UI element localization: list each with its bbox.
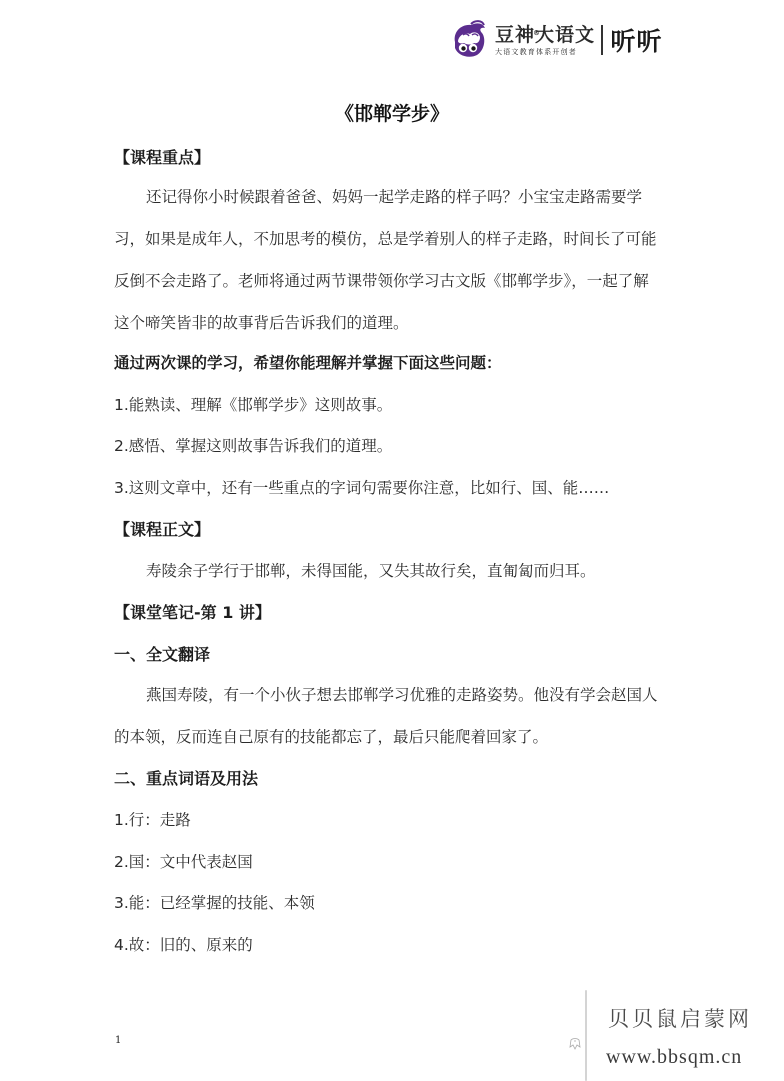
intro-line-3: 反倒不会走路了。老师将通过两节课带领你学习古文版《邯郸学步》，一起了解 bbox=[114, 269, 649, 291]
vocab-heading: 二、重点词语及用法 bbox=[114, 766, 258, 789]
intro-line-4: 这个啼笑皆非的故事背后告诉我们的道理。 bbox=[114, 311, 409, 333]
translation-line-1: 燕国寿陵，有一个小伙子想去邯郸学习优雅的走路姿势。他没有学会赵国人 bbox=[146, 683, 658, 705]
watermark-site-name: 贝贝鼠启蒙网 bbox=[608, 1003, 752, 1033]
brand-logo: 豆神大语文 ® 大语文教育体系开创者 听听 bbox=[449, 18, 663, 62]
intro-line-1: 还记得你小时候跟着爸爸、妈妈一起学走路的样子吗？小宝宝走路需要学 bbox=[146, 185, 642, 207]
vocab-item-1: 1.行：走路 bbox=[114, 808, 191, 830]
goal-item-3: 3.这则文章中，还有一些重点的字词句需要你注意，比如行、国、能…… bbox=[114, 476, 609, 498]
classical-text: 寿陵余子学行于邯郸，未得国能，又失其故行矣，直匍匐而归耳。 bbox=[146, 559, 596, 581]
goals-heading: 通过两次课的学习，希望你能理解并掌握下面这些问题： bbox=[114, 351, 502, 373]
vocab-item-3: 3.能：已经掌握的技能、本领 bbox=[114, 891, 315, 913]
document-title: 《邯郸学步》 bbox=[0, 99, 784, 126]
section-heading-focus: 【课程重点】 bbox=[114, 145, 210, 168]
translation-line-2: 的本领，反而连自己原有的技能都忘了，最后只能爬着回家了。 bbox=[114, 725, 548, 747]
translation-heading: 一、全文翻译 bbox=[114, 642, 210, 665]
registered-mark: ® bbox=[533, 22, 541, 44]
watermark-url: www.bbsqm.cn bbox=[606, 1046, 742, 1069]
goal-item-2: 2.感悟、掌握这则故事告诉我们的道理。 bbox=[114, 434, 392, 456]
logo-divider bbox=[601, 25, 603, 55]
vocab-item-4: 4.故：旧的、原来的 bbox=[114, 933, 253, 955]
watermark-divider bbox=[585, 990, 587, 1081]
product-name: 听听 bbox=[611, 22, 663, 58]
brand-name: 豆神大语文 ® bbox=[495, 24, 595, 46]
section-heading-notes: 【课堂笔记-第 1 讲】 bbox=[114, 600, 271, 623]
goal-item-1: 1.能熟读、理解《邯郸学步》这则故事。 bbox=[114, 393, 392, 415]
brand-text-group: 豆神大语文 ® 大语文教育体系开创者 bbox=[495, 24, 595, 57]
page-number: 1 bbox=[115, 1035, 121, 1046]
watermark-mascot-icon bbox=[568, 1037, 582, 1051]
document-page: 豆神大语文 ® 大语文教育体系开创者 听听 《邯郸学步》 【课程重点】 还记得你… bbox=[0, 0, 784, 1081]
section-heading-text: 【课程正文】 bbox=[114, 517, 210, 540]
intro-line-2: 习，如果是成年人，不加思考的模仿，总是学着别人的样子走路，时间长了可能 bbox=[114, 227, 657, 249]
owl-mascot-icon bbox=[449, 20, 489, 60]
brand-tagline: 大语文教育体系开创者 bbox=[495, 47, 595, 57]
vocab-item-2: 2.国：文中代表赵国 bbox=[114, 850, 253, 872]
brand-name-text: 豆神大语文 bbox=[495, 24, 595, 46]
